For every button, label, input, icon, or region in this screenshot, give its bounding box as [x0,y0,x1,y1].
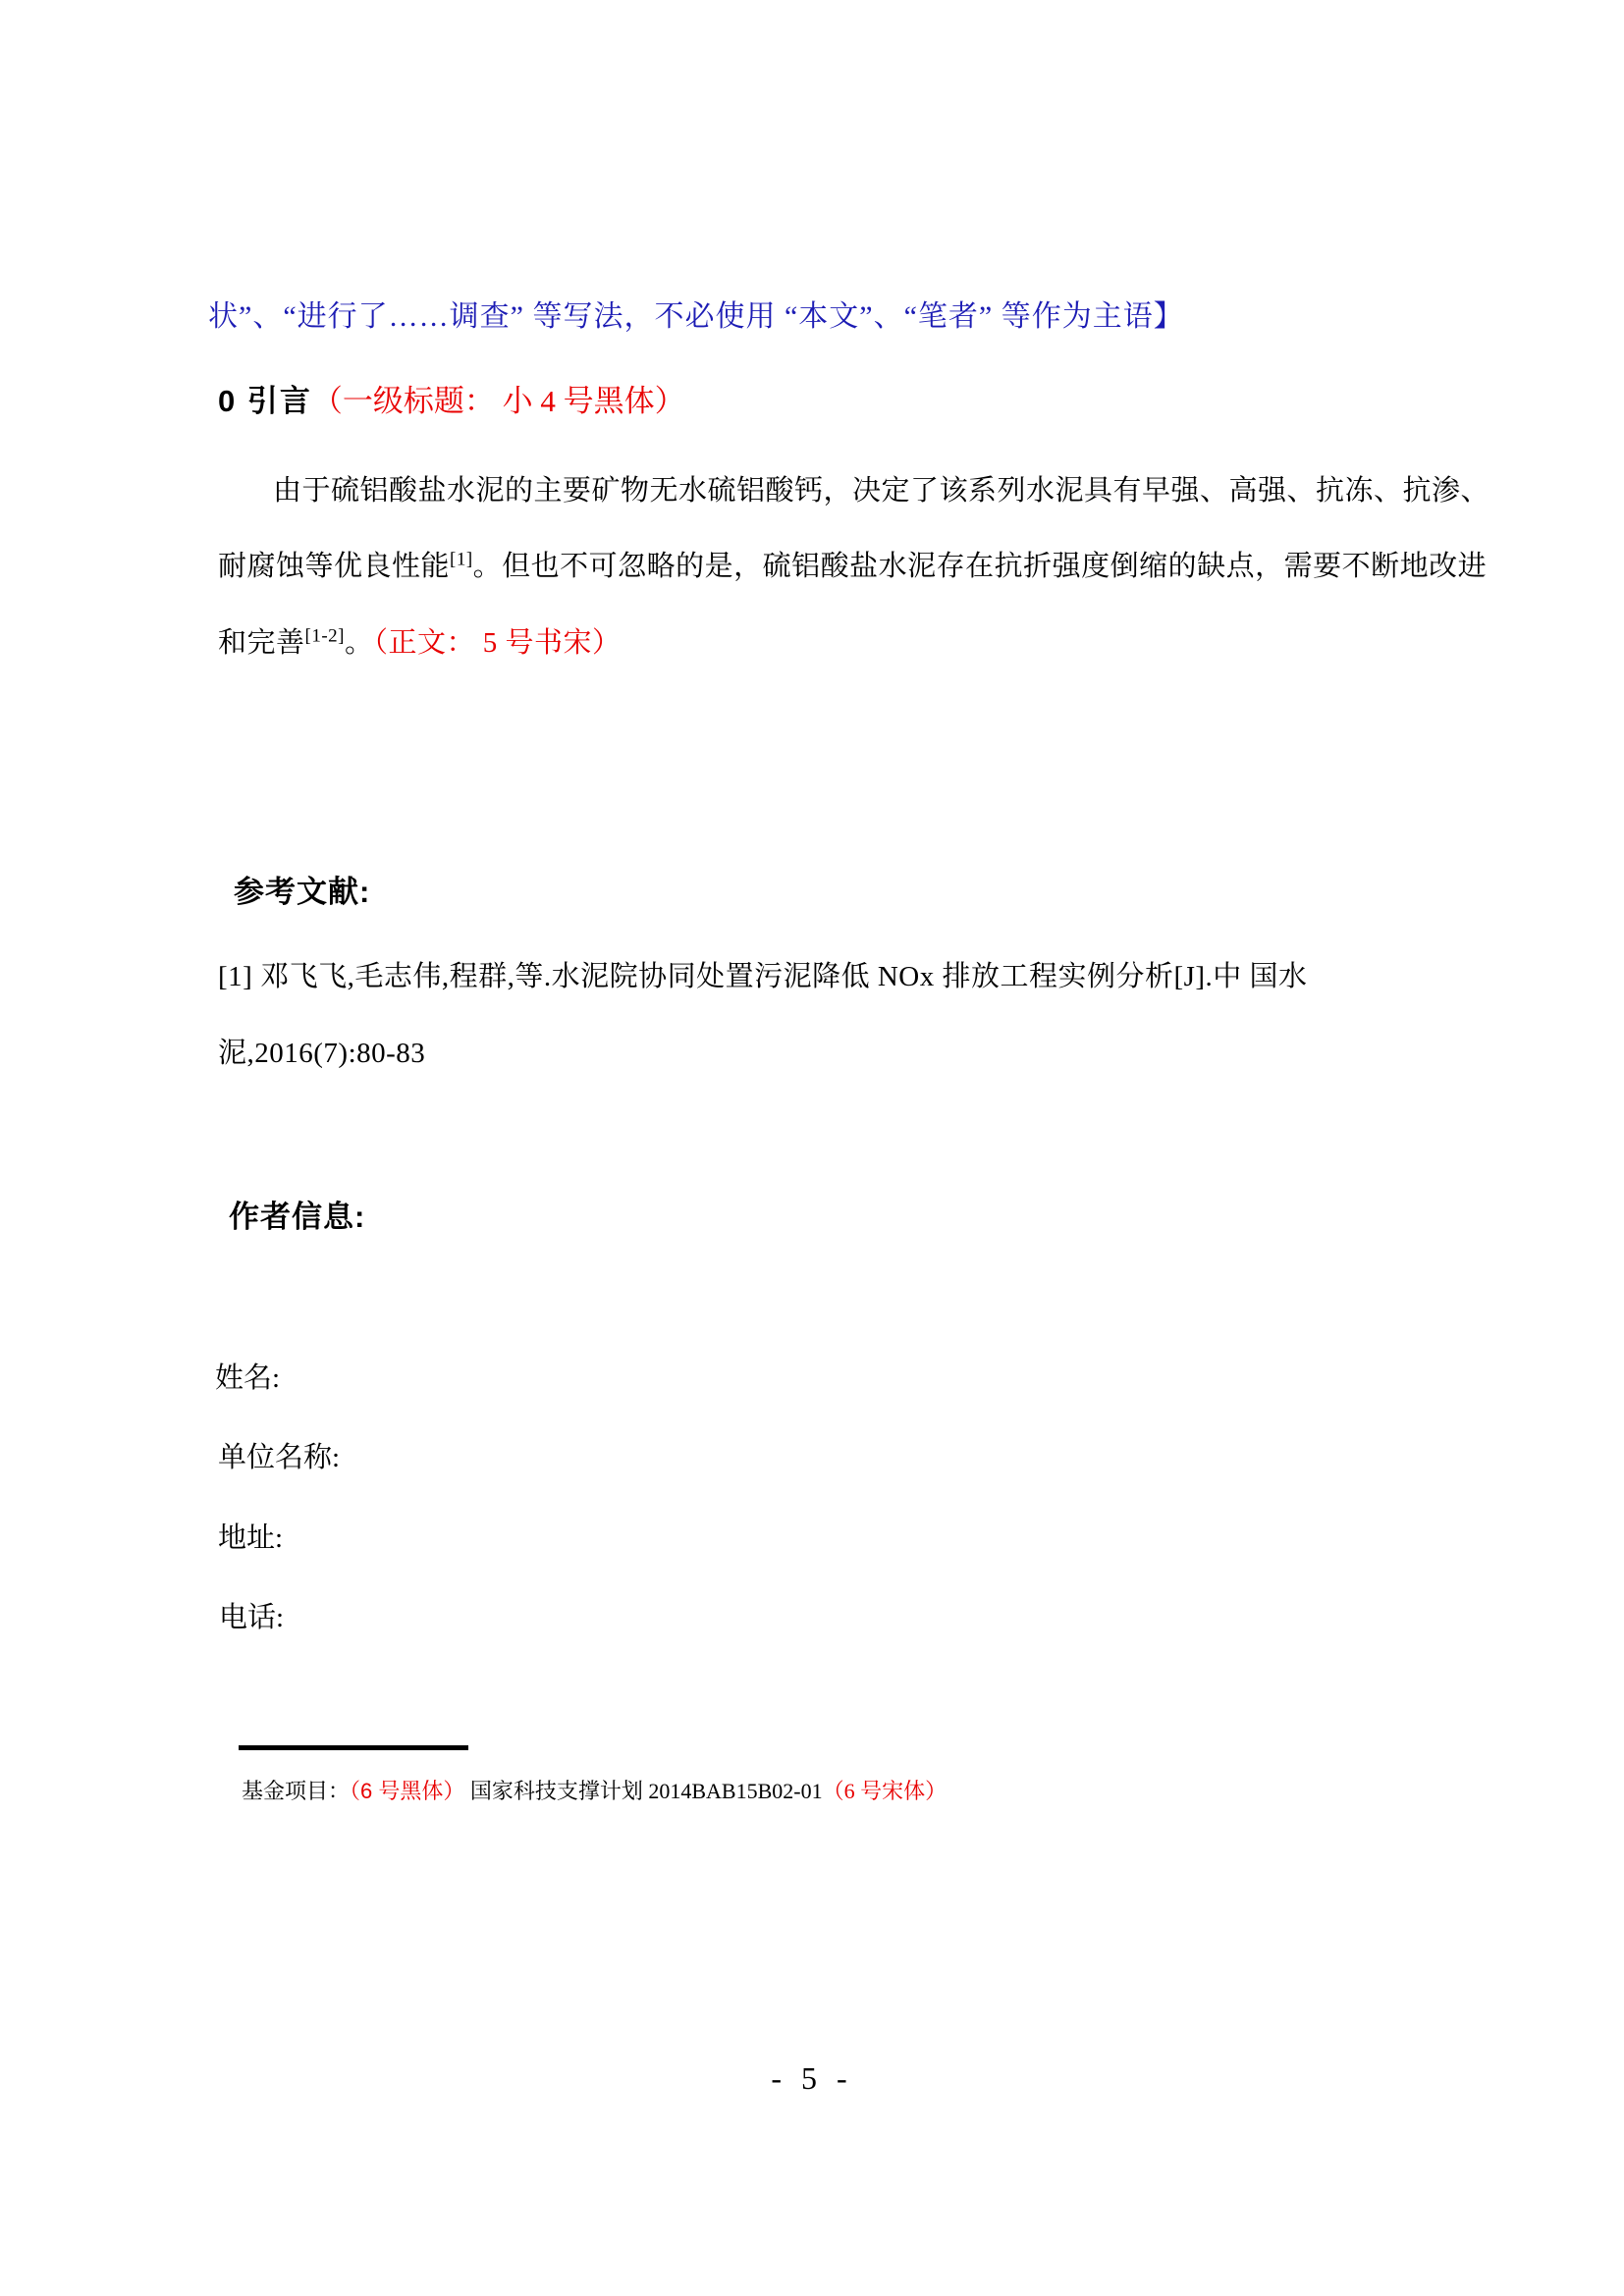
citation-ref-1-2: [1-2] [305,625,345,646]
paragraph-line-1: 由于硫铝酸盐水泥的主要矿物无水硫铝酸钙，决定了该系列水泥具有早强、高强、抗冻、抗… [273,469,1489,512]
document-page: 状”、“进行了……调查” 等写法，不必使用 “本文”、“笔者” 等作为主语】 0… [0,0,1624,2296]
footnote-funding-body: 国家科技支撑计划 2014BAB15B02-01 [464,1779,822,1803]
footnote-funding: 基金项目：（6 号黑体） 国家科技支撑计划 2014BAB15B02-01（6 … [242,1777,947,1806]
paragraph-line-2-text: 耐腐蚀等优良性能 [218,551,450,582]
intro-heading: 0 引言（一级标题： 小 4 号黑体） [218,381,685,422]
footnote-separator-line [239,1745,468,1750]
reference-entry-line-1: [1] 邓飞飞,毛志伟,程群,等.水泥院协同处置污泥降低 NOx 排放工程实例分… [218,955,1308,998]
paragraph-line-3: 和完善[1-2]。（正文： 5 号书宋） [218,621,622,665]
page-number: - 5 - [0,2058,1624,2098]
intro-heading-title: 0 引言 [218,384,312,418]
references-heading: 参考文献: [234,872,370,913]
template-notice-text: 状”、“进行了……调查” 等写法，不必使用 “本文”、“笔者” 等作为主语】 [208,297,1184,337]
reference-entry-line-2: 泥,2016(7):80-83 [218,1032,425,1075]
field-label-organization: 单位名称: [218,1437,340,1478]
field-label-address: 地址: [218,1518,283,1559]
paragraph-line-3-period: 。 [345,627,374,659]
paragraph-line-2: 耐腐蚀等优良性能[1]。但也不可忽略的是，硫铝酸盐水泥存在抗折强度倒缩的缺点，需… [218,545,1487,588]
footnote-funding-label: 基金项目： [242,1779,350,1803]
paragraph-line-2-text-cont: 。但也不可忽略的是，硫铝酸盐水泥存在抗折强度倒缩的缺点，需要不断地改进 [473,551,1488,582]
paragraph-line-3-text: 和完善 [218,627,305,659]
intro-heading-annotation: （一级标题： 小 4 号黑体） [312,384,685,418]
paragraph-annotation: （正文： 5 号书宋） [374,627,622,659]
author-info-heading: 作者信息: [229,1197,365,1238]
citation-ref-1: [1] [450,549,473,569]
footnote-font-note-heiti: （6 号黑体） [350,1779,464,1803]
field-label-phone: 电话: [219,1597,284,1638]
paragraph-line-1-text: 由于硫铝酸盐水泥的主要矿物无水硫铝酸钙，决定了该系列水泥具有早强、高强、抗冻、抗… [273,475,1489,507]
field-label-name: 姓名: [215,1358,280,1399]
footnote-font-note-songti: （6 号宋体） [823,1779,947,1803]
